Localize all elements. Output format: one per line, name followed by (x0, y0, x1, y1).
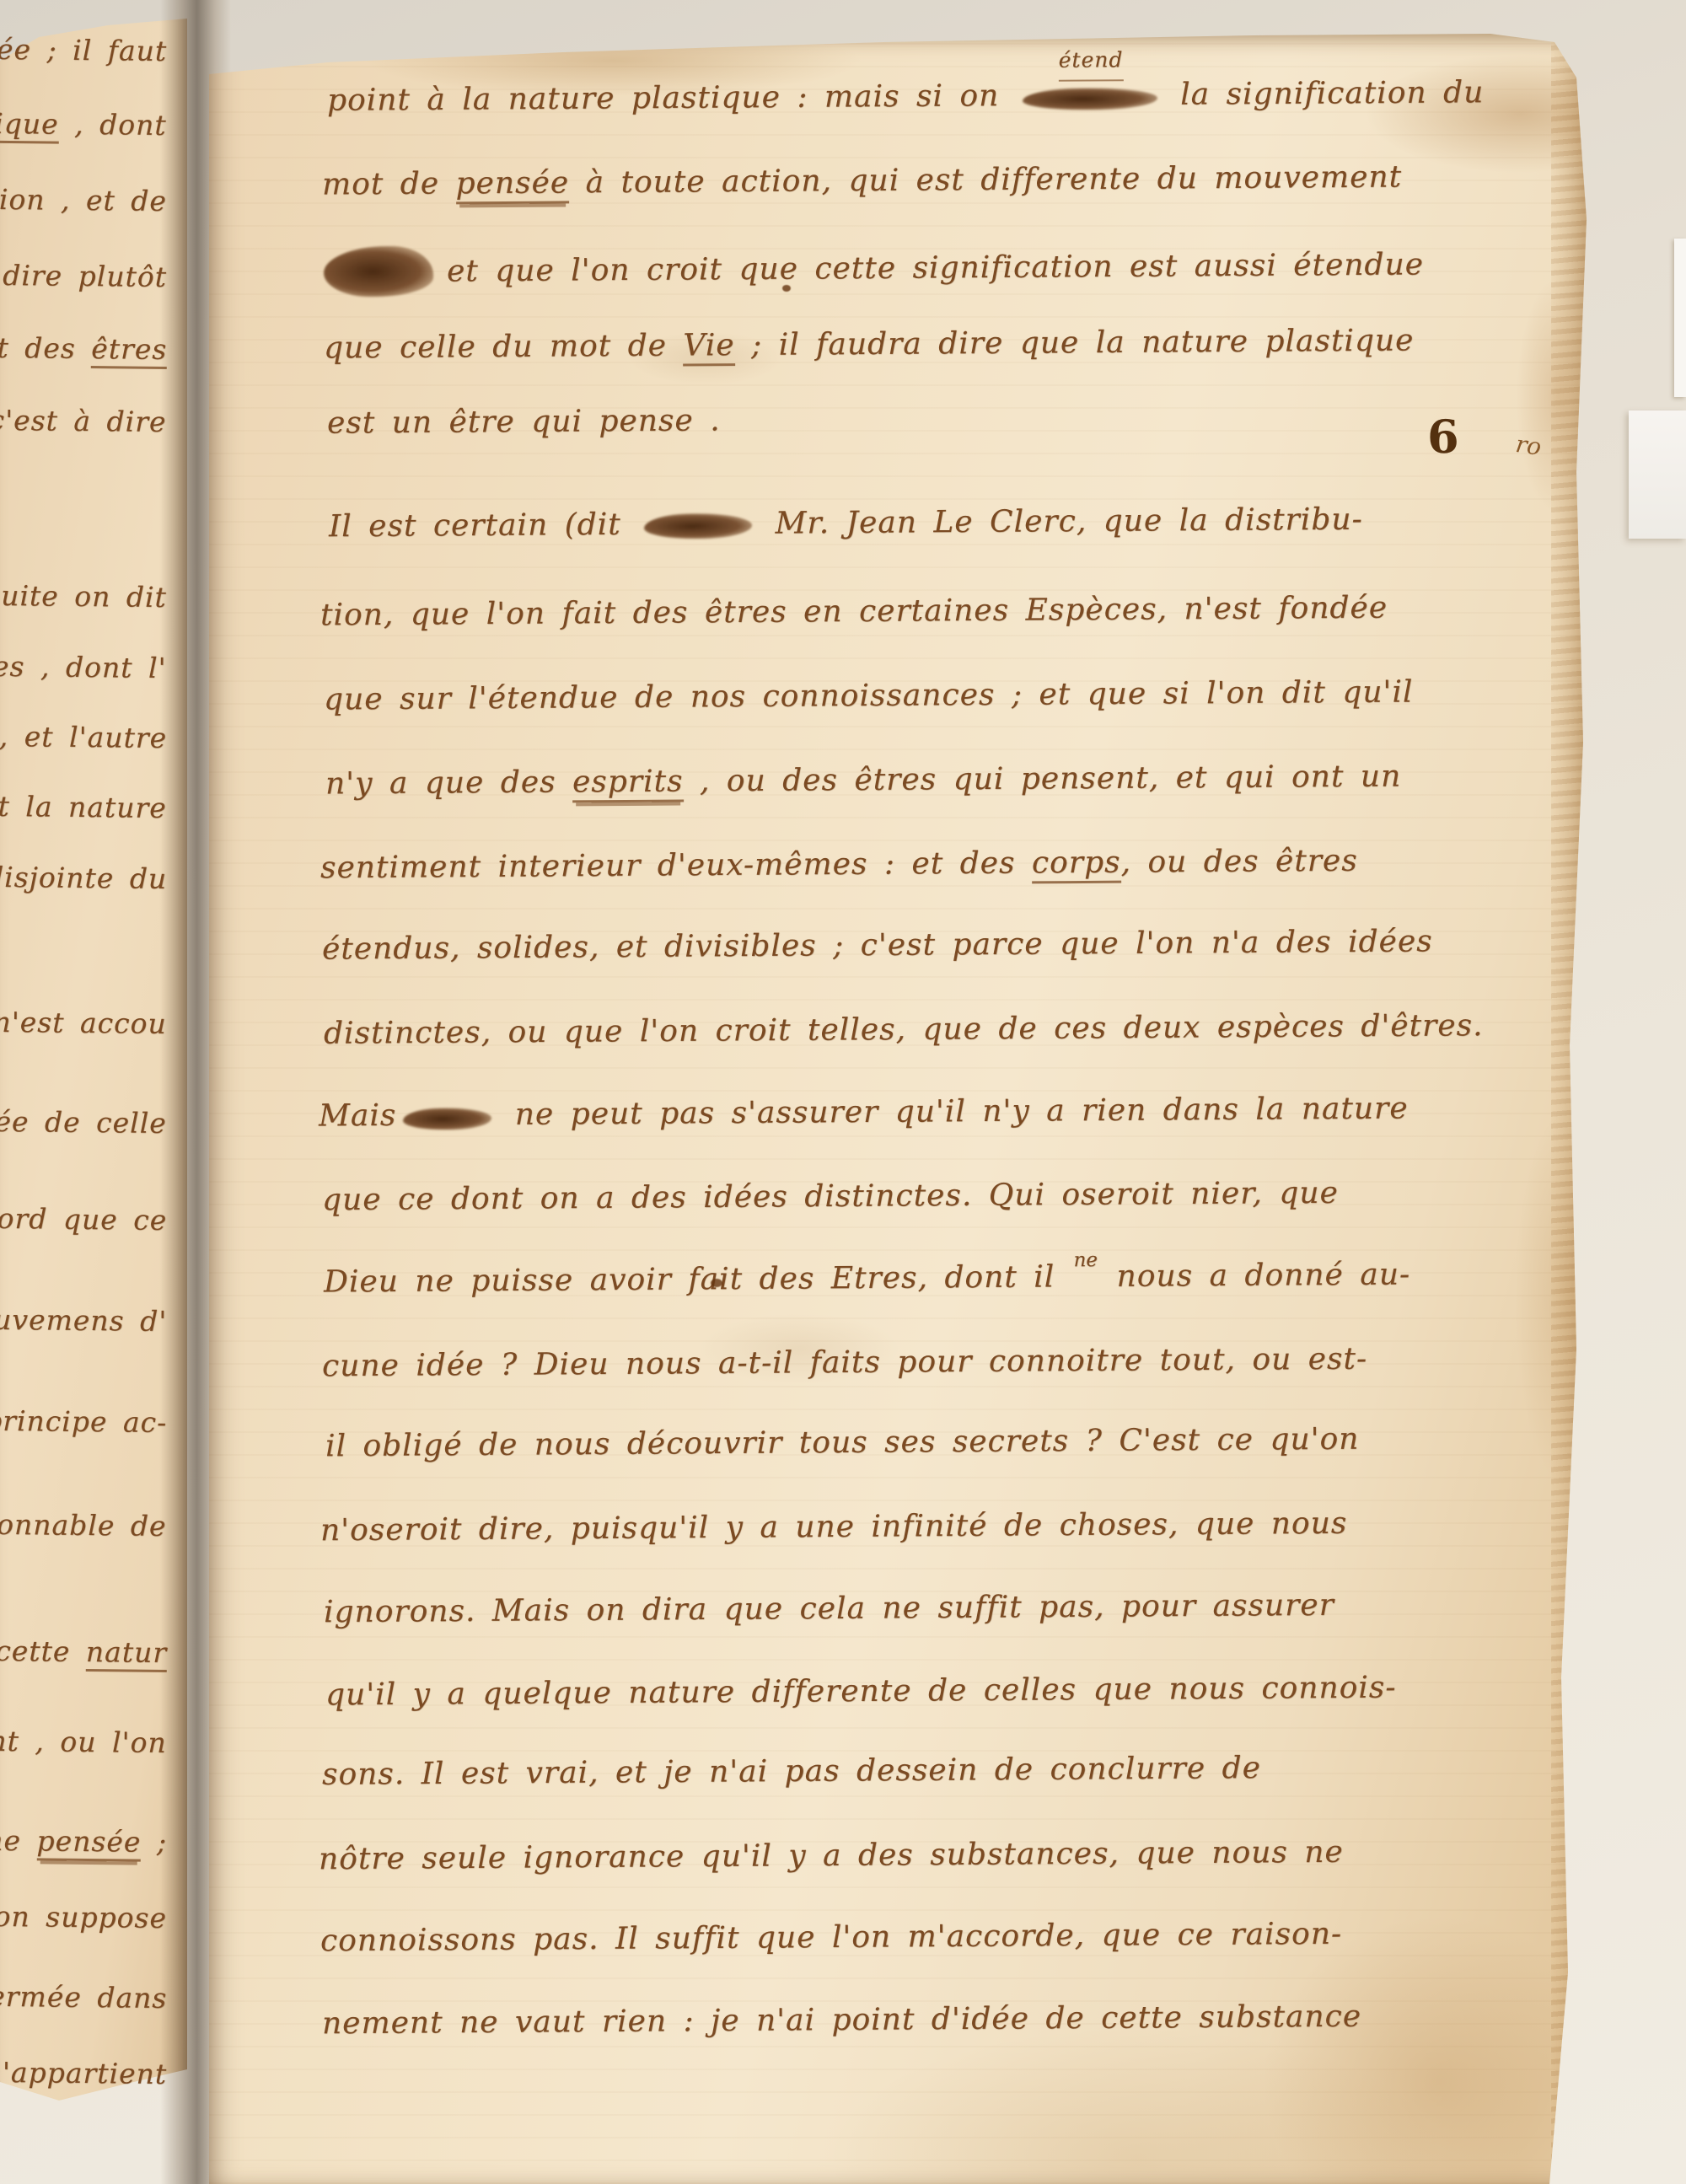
archival-tab (1629, 411, 1686, 539)
manuscript-line: il obligé de nous découvrir tous ses sec… (325, 1420, 1360, 1467)
manuscript-line: ignorons. Mais on dira que cela ne suffi… (324, 1586, 1334, 1632)
manuscript-line: nôtre seule ignorance qu'il y a des subs… (319, 1833, 1344, 1879)
line-text: est des (0, 330, 91, 365)
manuscript-line: l'on suppose (0, 1897, 167, 1938)
manuscript-line: n'oseroit dire, puisqu'il y a une infini… (320, 1505, 1348, 1551)
line-text: n'appartient (0, 2056, 167, 2090)
manuscript-line: ; c'est à dire (0, 400, 167, 442)
manuscript-line: tient , ou l'on (0, 1721, 167, 1763)
manuscript-line: Il est certain (dit Mr. Jean Le Clerc, q… (329, 501, 1363, 547)
manuscript-line: sons. Il est vrai, et je n'ai pas dessei… (322, 1749, 1261, 1795)
manuscript-line: accord que ce (0, 1199, 167, 1240)
manuscript-line: cune idée ? Dieu nous a-t-il faits pour … (322, 1340, 1367, 1387)
manuscript-line: point à la nature plastique : mais si on… (327, 73, 1485, 121)
line-text: , ou des êtres qui pensent, et qui ont u… (683, 759, 1401, 799)
manuscript-line: ée ; il faut (0, 30, 167, 71)
manuscript-line: èces , dont l' (0, 647, 167, 688)
manuscript-photo: 6 ro ée ; il faut stique , dont gination… (0, 0, 1686, 2184)
line-text: Mais (319, 1098, 397, 1134)
manuscript-line: est un être qui pense . (327, 401, 721, 443)
manuscript-line: tre principe ac- (0, 1401, 167, 1442)
line-text: et que l'on croit que cette significatio… (447, 247, 1424, 288)
underlined-word: stique (0, 107, 59, 144)
manuscript-line: que celle du mot de Vie ; il faudra dire… (324, 321, 1415, 368)
manuscript-line: tion, que l'on fait des êtres en certain… (320, 589, 1388, 636)
archival-tab-sliver (1674, 239, 1686, 397)
manuscript-line: Mais ne peut pas s'assurer qu'il n'y a r… (319, 1089, 1409, 1135)
manuscript-line: qui n'est accou (0, 1002, 167, 1044)
underlined-word: pensée (455, 165, 569, 204)
line-text: à toute action, qui est differente du mo… (569, 160, 1402, 201)
line-text: , ou des êtres (1120, 844, 1357, 880)
manuscript-line: et que l'on croit que cette significatio… (317, 239, 1424, 297)
line-text: que celle du mot de (324, 329, 684, 366)
manuscript-line: aisonnable de (0, 1505, 167, 1546)
manuscript-line: que sur l'étendue de nos connoissances ;… (324, 673, 1414, 719)
manuscript-line: connoissons pas. Il suffit que l'on m'ac… (320, 1915, 1342, 1961)
manuscript-line: disjointe du (0, 858, 167, 899)
interlinear-insertion: ne (1073, 1249, 1098, 1271)
underlined-word: Vie (683, 328, 735, 366)
manuscript-line: une pensée ; (0, 1822, 167, 1862)
manuscript-line: utre cette natur (0, 1631, 167, 1672)
manuscript-line: étendus, solides, et divisibles ; c'est … (322, 922, 1433, 969)
line-text: mot de (322, 166, 456, 201)
ink-dot (782, 285, 791, 292)
line-text: utre cette (0, 1634, 86, 1668)
manuscript-line: le n'appartient (0, 2053, 167, 2094)
line-text: n'y a que des (325, 765, 572, 801)
ink-blot (644, 513, 752, 539)
manuscript-line: stique , dont (0, 105, 167, 145)
manuscript-line: t , et l'autre (0, 717, 167, 758)
manuscript-line: qu'ensuite on dit (0, 576, 167, 617)
ink-blot (324, 246, 433, 298)
manuscript-line: fermée dans (0, 1977, 167, 2018)
line-text: la signification du (1164, 75, 1485, 112)
underlined-word: êtres (91, 332, 167, 369)
manuscript-line: oit dire plutôt (0, 255, 167, 297)
line-text: nous a donné au- (1100, 1258, 1410, 1295)
manuscript-line: n'y a que des esprits , ou des êtres qui… (325, 758, 1401, 804)
line-text: Mr. Jean Le Clerc, que la distribu- (759, 502, 1363, 541)
manuscript-line: 'est la nature (0, 786, 167, 828)
manuscript-line: est des êtres (0, 328, 167, 369)
manuscript-line: sentiment interieur d'eux-mêmes : et des… (320, 842, 1358, 888)
line-text: une (0, 1824, 37, 1858)
line-text: point à la nature plastique : mais si on (327, 78, 1016, 118)
underlined-word: corps (1032, 845, 1121, 884)
ink-dot (711, 1279, 722, 1287)
manuscript-line: qu'il y a quelque nature differente de c… (325, 1669, 1397, 1715)
line-text: Dieu ne puisse avoir fait des Etres, don… (324, 1259, 1071, 1299)
manuscript-line: gination , et de (0, 180, 167, 221)
manuscript-text: point à la nature plastique : mais si on… (327, 0, 1592, 2184)
manuscript-line: mouvemens d' (0, 1300, 167, 1341)
manuscript-line: distinctes, ou que l'on croit telles, qu… (324, 1006, 1484, 1054)
facing-page-text: ée ; il faut stique , dont gination , et… (0, 0, 174, 2184)
manuscript-line: que ce dont on a des idées distinctes. Q… (322, 1174, 1339, 1220)
line-text: , dont (59, 108, 167, 142)
line-text: ; (141, 1826, 167, 1859)
manuscript-line: nement ne vaut rien : je n'ai point d'id… (322, 1998, 1361, 2044)
manuscript-line: mot de pensée à toute action, qui est di… (322, 158, 1402, 205)
underlined-word: natur (86, 1635, 168, 1672)
line-text: ; il faudra dire que la nature plastique (734, 323, 1414, 362)
interlinear-insertion: étend (1059, 40, 1124, 82)
underlined-word: pensée (36, 1824, 141, 1861)
line-text: ne peut pas s'assurer qu'il n'y a rien d… (498, 1091, 1409, 1132)
underlined-word: esprits (572, 764, 684, 802)
line-text: Il est certain (dit (329, 507, 637, 545)
manuscript-line: Dieu ne puisse avoir fait des Etres, don… (324, 1256, 1410, 1306)
manuscript-line: tinguée de celle (0, 1102, 167, 1143)
line-text: sentiment interieur d'eux-mêmes : et des (320, 845, 1032, 885)
ink-blot (403, 1108, 491, 1130)
ink-blot-strikethrough (1023, 88, 1157, 110)
